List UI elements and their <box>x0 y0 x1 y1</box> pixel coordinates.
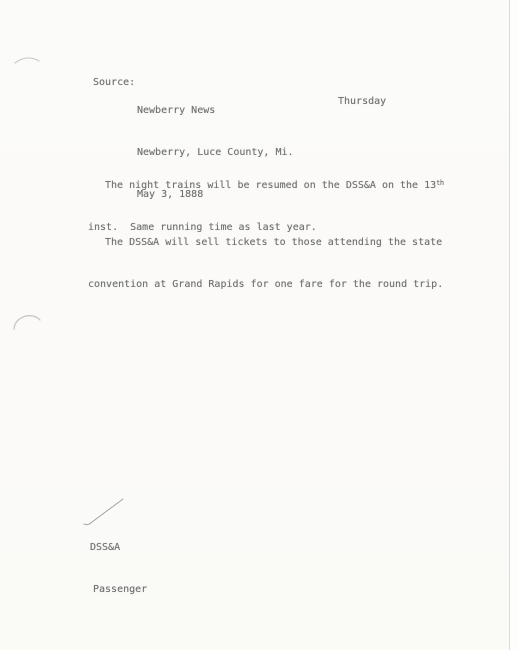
page-edge-line <box>509 0 510 650</box>
pencil-arc-mid-left-icon <box>14 316 40 329</box>
day-of-week: Thursday <box>338 95 386 109</box>
paragraph-line: The DSS&A will sell tickets to those att… <box>88 236 443 250</box>
paragraph-convention-tickets: The DSS&A will sell tickets to those att… <box>88 208 443 320</box>
paragraph-line: The night trains will be resumed on the … <box>88 179 444 193</box>
pencil-arc-top-left-icon <box>15 58 39 63</box>
scan-edge-strip <box>510 0 517 650</box>
source-label: Source: <box>93 76 137 90</box>
source-publication: Newberry News <box>137 104 294 118</box>
scanned-document-page: Source: Newberry News Newberry, Luce Cou… <box>0 0 517 650</box>
ordinal-superscript: th <box>436 176 443 190</box>
filing-annotation-category: Passenger <box>90 583 147 597</box>
filing-annotation: DSS&A Passenger <box>90 513 147 625</box>
paragraph-line: convention at Grand Rapids for one fare … <box>88 278 443 292</box>
filing-annotation-railroad: DSS&A <box>90 541 147 555</box>
